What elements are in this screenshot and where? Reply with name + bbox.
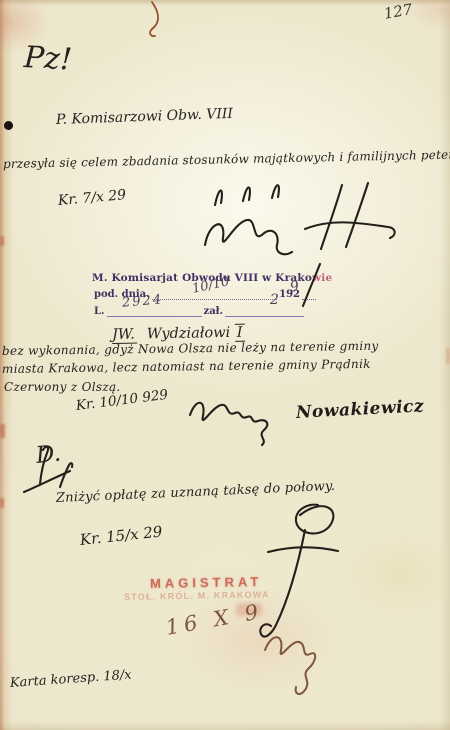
signature-4-pencil <box>265 637 315 694</box>
note3-mark: D. <box>35 440 63 468</box>
note2-line2: miasta Krakowa, lecz natomiast na tereni… <box>2 357 371 376</box>
edge-ink-mark <box>446 348 450 364</box>
note1-body: przesyła się celem zbadania stosunków ma… <box>3 147 450 171</box>
signature-3 <box>260 505 338 637</box>
footer-note: Karta koresp. 18/x <box>9 668 132 691</box>
note2-line3: Czerwony z Olszą. <box>4 380 121 394</box>
clerk-initial-mark: Pz! <box>23 40 73 77</box>
dotted-rule <box>302 288 316 300</box>
punch-hole <box>4 121 13 130</box>
signature-1 <box>205 183 395 254</box>
receipt-stamp-title-fade: wie <box>312 272 332 284</box>
note2-heading-text: Wydziałowi <box>147 325 231 342</box>
note2-line1: bez wykonania, gdyż Nowa Olsza nie leży … <box>2 339 379 358</box>
note3-date: Kr. 15/x 29 <box>79 522 163 549</box>
receipt-stamp-attachments-label: zał. <box>204 306 224 317</box>
receipt-stamp: M. Komisarjat Obwodu VIII w Krakowie pod… <box>92 272 320 326</box>
edge-ink-mark <box>0 236 4 246</box>
magistrat-stamp-line1: MAGISTRAT <box>150 574 263 591</box>
solid-rule <box>225 305 304 317</box>
note1-addressee: P. Komisarzowi Obw. VIII <box>56 106 234 128</box>
note2-heading-numeral: I <box>235 324 245 342</box>
receipt-stamp-number-label: L. <box>94 306 105 317</box>
signature-2 <box>190 403 267 445</box>
document-page: 127 Pz! P. Komisarzowi Obw. VIII przesył… <box>0 0 450 730</box>
disposition-date: 16 X 9 <box>164 599 265 640</box>
folio-number: 127 <box>382 0 413 23</box>
note1-date: Kr. 7/x 29 <box>57 187 126 209</box>
edge-ink-mark <box>0 498 4 508</box>
receipt-stamp-attachments-value: 2 <box>270 292 279 308</box>
note2-signature-name: Nowakiewicz <box>295 396 424 423</box>
paper-tear <box>150 2 158 36</box>
magistrat-stamp-line2: STOŁ. KRÓL. M. KRAKOWA <box>124 589 270 602</box>
note3-body: Zniżyć opłatę za uznaną taksę do połowy. <box>56 479 336 506</box>
edge-ink-mark <box>0 424 5 438</box>
receipt-stamp-year-digit: 9 <box>289 278 300 295</box>
